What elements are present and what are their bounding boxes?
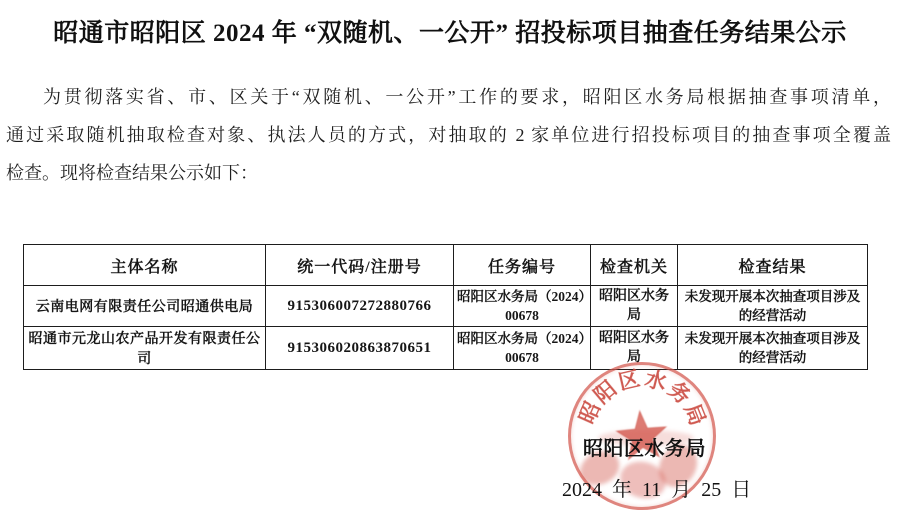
announcement-document: 昭通市昭阳区 2024 年 “双随机、一公开” 招投标项目抽查任务结果公示 为贯… xyxy=(0,0,900,527)
cell-inspect-result: 未发现开展本次抽查项目涉及的经营活动 xyxy=(678,286,868,327)
task-number-line-1: 昭阳区水务局（2024） xyxy=(457,329,587,348)
task-number-line-2: 00678 xyxy=(457,306,587,325)
issue-date: 2024 年 11 月 25 日 xyxy=(562,473,751,502)
body-paragraph: 为贯彻落实省、市、区关于“双随机、一公开”工作的要求，昭阳区水务局根据抽查事项清… xyxy=(6,78,891,192)
cell-unified-code: 915306020863870651 xyxy=(266,327,454,370)
header-subject-name: 主体名称 xyxy=(24,245,266,286)
issuer-signature: 昭阳区水务局 xyxy=(583,432,706,461)
task-number-line-1: 昭阳区水务局（2024） xyxy=(457,287,587,306)
header-task-number: 任务编号 xyxy=(454,245,591,286)
paragraph-line-2: 通过采取随机抽取检查对象、执法人员的方式，对抽取的 2 家单位进行招投标项目的抽… xyxy=(6,116,891,154)
cell-subject-name: 昭通市元龙山农产品开发有限责任公司 xyxy=(24,327,266,370)
table-row: 云南电网有限责任公司昭通供电局 915306007272880766 昭阳区水务… xyxy=(24,286,868,327)
page-title: 昭通市昭阳区 2024 年 “双随机、一公开” 招投标项目抽查任务结果公示 xyxy=(0,13,900,49)
header-inspect-agency: 检查机关 xyxy=(591,245,678,286)
paragraph-line-1: 为贯彻落实省、市、区关于“双随机、一公开”工作的要求，昭阳区水务局根据抽查事项清… xyxy=(6,78,891,116)
table-row: 昭通市元龙山农产品开发有限责任公司 915306020863870651 昭阳区… xyxy=(24,327,868,370)
header-unified-code: 统一代码/注册号 xyxy=(266,245,454,286)
inspection-result-table: 主体名称 统一代码/注册号 任务编号 检查机关 检查结果 云南电网有限责任公司昭… xyxy=(23,244,868,370)
cell-unified-code: 915306007272880766 xyxy=(266,286,454,327)
cell-task-number: 昭阳区水务局（2024） 00678 xyxy=(454,286,591,327)
cell-subject-name: 云南电网有限责任公司昭通供电局 xyxy=(24,286,266,327)
header-inspect-result: 检查结果 xyxy=(678,245,868,286)
cell-inspect-agency: 昭阳区水务局 xyxy=(591,286,678,327)
paragraph-line-3: 检查。现将检查结果公示如下： xyxy=(6,154,891,192)
table-header-row: 主体名称 统一代码/注册号 任务编号 检查机关 检查结果 xyxy=(24,245,868,286)
